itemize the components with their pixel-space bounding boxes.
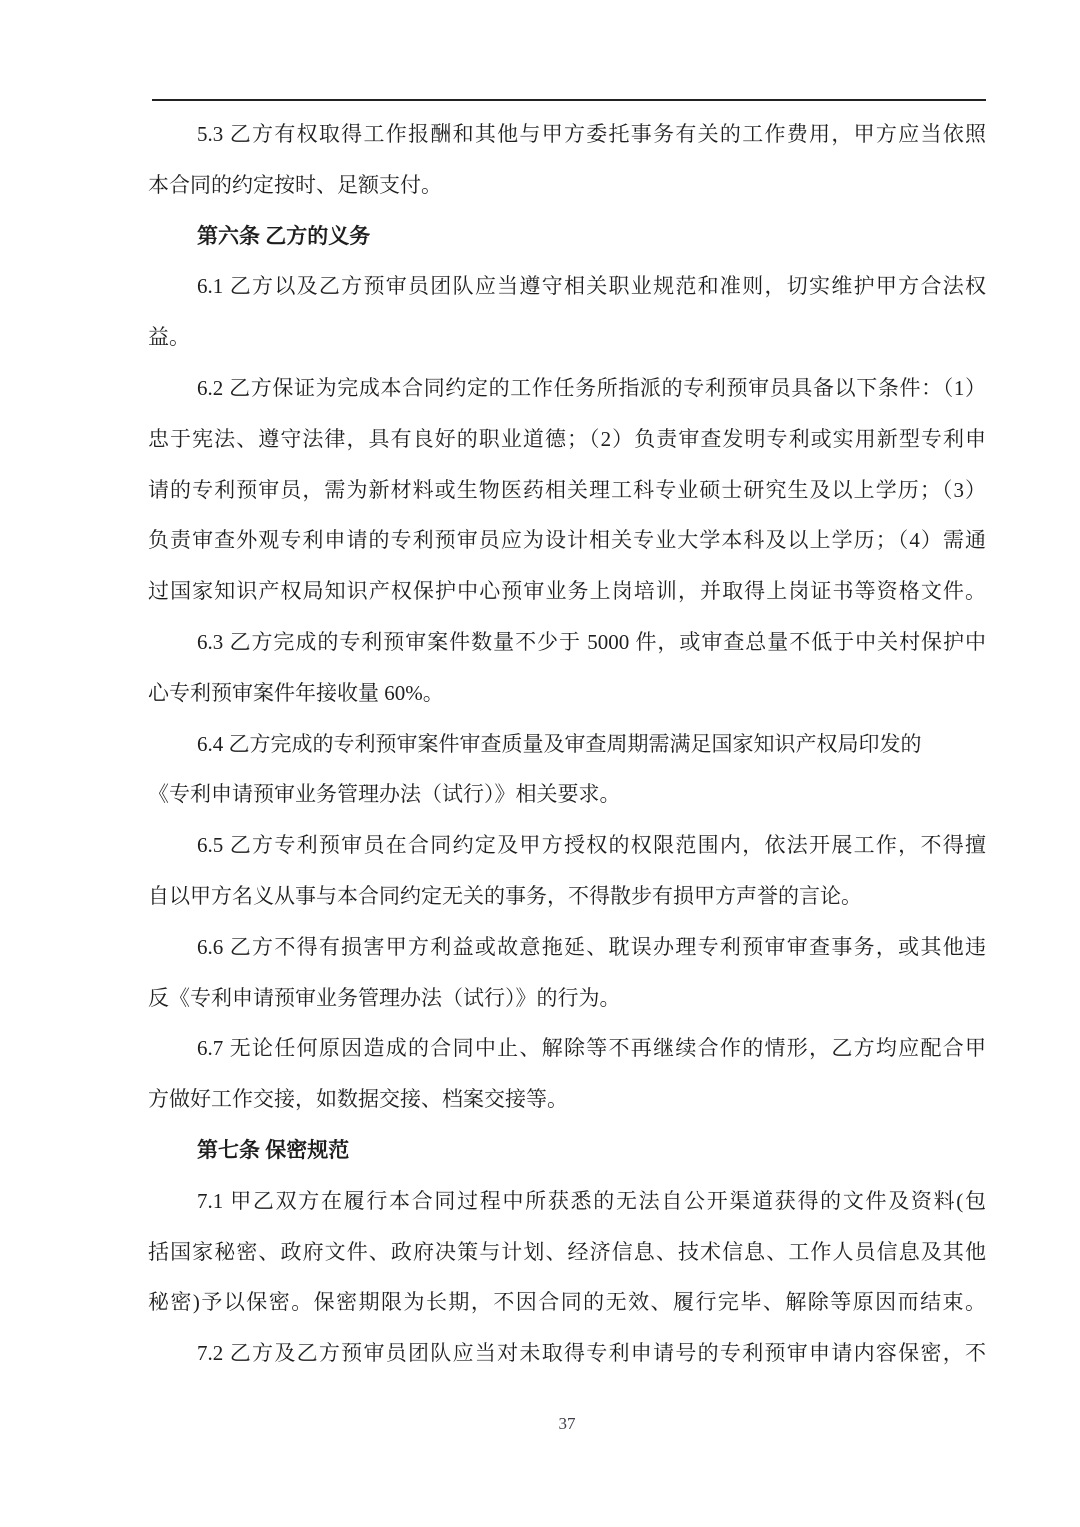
clause-7-2: 7.2 乙方及乙方预审员团队应当对未取得专利申请号的专利预审申请内容保密，不: [148, 1328, 986, 1379]
document-body: 5.3 乙方有权取得工作报酬和其他与甲方委托事务有关的工作费用，甲方应当依照本合…: [148, 109, 986, 1379]
text-line: 7.1 甲乙双方在履行本合同过程中所获悉的无法自公开渠道获得的文件及资料(包: [148, 1176, 986, 1227]
text-line: 反《专利申请预审业务管理办法（试行）》的行为。: [148, 973, 986, 1024]
header-rule: [152, 99, 986, 101]
text-line: 6.3 乙方完成的专利预审案件数量不少于 5000 件，或审查总量不低于中关村保…: [148, 617, 986, 668]
text-line: 6.2 乙方保证为完成本合同约定的工作任务所指派的专利预审员具备以下条件：（1）: [148, 363, 986, 414]
text-line: 请的专利预审员，需为新材料或生物医药相关理工科专业硕士研究生及以上学历；（3）: [148, 465, 986, 516]
text-line: 自以甲方名义从事与本合同约定无关的事务，不得散步有损甲方声誉的言论。: [148, 871, 986, 922]
text-line: 本合同的约定按时、足额支付。: [148, 160, 986, 211]
text-line: 《专利申请预审业务管理办法（试行）》相关要求。: [148, 769, 986, 820]
text-line: 6.4 乙方完成的专利预审案件审查质量及审查周期需满足国家知识产权局印发的: [148, 719, 986, 770]
clause-6-5: 6.5 乙方专利预审员在合同约定及甲方授权的权限范围内，依法开展工作，不得擅自以…: [148, 820, 986, 922]
text-line: 忠于宪法、遵守法律，具有良好的职业道德；（2）负责审查发明专利或实用新型专利申: [148, 414, 986, 465]
article-6-heading: 第六条 乙方的义务: [148, 211, 986, 262]
clause-6-6: 6.6 乙方不得有损害甲方利益或故意拖延、耽误办理专利预审审查事务，或其他违反《…: [148, 922, 986, 1024]
article-7-heading: 第七条 保密规范: [148, 1125, 986, 1176]
text-line: 7.2 乙方及乙方预审员团队应当对未取得专利申请号的专利预审申请内容保密，不: [148, 1328, 986, 1379]
text-line: 括国家秘密、政府文件、政府决策与计划、经济信息、技术信息、工作人员信息及其他: [148, 1227, 986, 1278]
text-line: 方做好工作交接，如数据交接、档案交接等。: [148, 1074, 986, 1125]
contract-page: 5.3 乙方有权取得工作报酬和其他与甲方委托事务有关的工作费用，甲方应当依照本合…: [0, 0, 1080, 1527]
text-line: 过国家知识产权局知识产权保护中心预审业务上岗培训，并取得上岗证书等资格文件。: [148, 566, 986, 617]
text-line: 6.7 无论任何原因造成的合同中止、解除等不再继续合作的情形，乙方均应配合甲: [148, 1023, 986, 1074]
clause-6-1: 6.1 乙方以及乙方预审员团队应当遵守相关职业规范和准则，切实维护甲方合法权益。: [148, 261, 986, 363]
text-line: 6.5 乙方专利预审员在合同约定及甲方授权的权限范围内，依法开展工作，不得擅: [148, 820, 986, 871]
clause-6-4: 6.4 乙方完成的专利预审案件审查质量及审查周期需满足国家知识产权局印发的《专利…: [148, 719, 986, 821]
clause-5-3: 5.3 乙方有权取得工作报酬和其他与甲方委托事务有关的工作费用，甲方应当依照本合…: [148, 109, 986, 211]
clause-6-7: 6.7 无论任何原因造成的合同中止、解除等不再继续合作的情形，乙方均应配合甲方做…: [148, 1023, 986, 1125]
clause-6-2: 6.2 乙方保证为完成本合同约定的工作任务所指派的专利预审员具备以下条件：（1）…: [148, 363, 986, 617]
text-line: 5.3 乙方有权取得工作报酬和其他与甲方委托事务有关的工作费用，甲方应当依照: [148, 109, 986, 160]
text-line: 第七条 保密规范: [148, 1125, 986, 1176]
text-line: 秘密)予以保密。保密期限为长期，不因合同的无效、履行完毕、解除等原因而结束。: [148, 1277, 986, 1328]
text-line: 第六条 乙方的义务: [148, 211, 986, 262]
clause-7-1: 7.1 甲乙双方在履行本合同过程中所获悉的无法自公开渠道获得的文件及资料(包括国…: [148, 1176, 986, 1328]
text-line: 负责审查外观专利申请的专利预审员应为设计相关专业大学本科及以上学历；（4）需通: [148, 515, 986, 566]
page-number: 37: [148, 1412, 986, 1436]
text-line: 心专利预审案件年接收量 60%。: [148, 668, 986, 719]
text-line: 6.6 乙方不得有损害甲方利益或故意拖延、耽误办理专利预审审查事务，或其他违: [148, 922, 986, 973]
text-line: 6.1 乙方以及乙方预审员团队应当遵守相关职业规范和准则，切实维护甲方合法权: [148, 261, 986, 312]
clause-6-3: 6.3 乙方完成的专利预审案件数量不少于 5000 件，或审查总量不低于中关村保…: [148, 617, 986, 719]
text-line: 益。: [148, 312, 986, 363]
